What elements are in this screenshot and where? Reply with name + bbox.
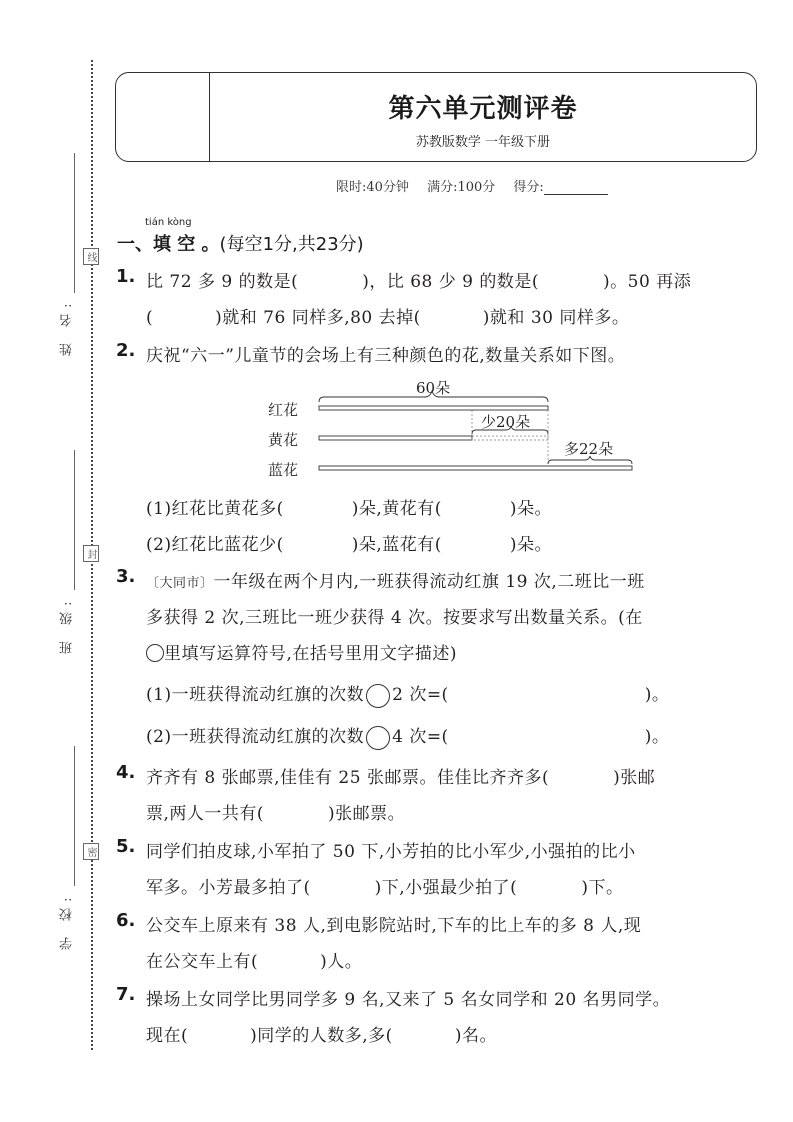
page-subtitle: 苏教版数学 一年级下册 (209, 131, 757, 150)
text: 票,两人一共有( (146, 804, 264, 824)
text: )。50 再添 (603, 272, 691, 292)
q4-line-2: 票,两人一共有()张邮票。 (146, 799, 405, 824)
text: ( (146, 308, 153, 328)
label-yellow-flower: 黄花 (268, 429, 298, 450)
q2-sub-2: (2)红花比蓝花少()朵,蓝花有()朵。 (146, 530, 552, 555)
q1-line-1: 比 72 多 9 的数是()，比 68 少 9 的数是()。50 再添 (146, 267, 691, 292)
text: )。 (645, 685, 670, 705)
text: )朵,蓝花有( (352, 535, 442, 555)
class-field-label: 班 级: (58, 594, 74, 654)
text: )张邮票。 (328, 804, 405, 824)
seal-char-xian: 线 (83, 248, 99, 265)
label-60: 60朵 (416, 377, 450, 398)
q7-line-1: 操场上女同学比男同学多 9 名,又来了 5 名女同学和 20 名男同学。 (146, 985, 670, 1010)
text: 比 72 多 9 的数是( (146, 272, 298, 292)
text: )朵。 (510, 499, 552, 519)
text: )就和 76 同样多,80 去掉( (215, 308, 421, 328)
q5-line-2: 军多。小芳最多拍了()下,小强最少拍了()下。 (146, 873, 623, 898)
score-field[interactable] (544, 183, 608, 195)
question-number-6: 6. (116, 910, 135, 931)
question-number-4: 4. (116, 762, 135, 783)
source-tag: 〔大同市〕 (146, 576, 214, 591)
q3-sub-1: (1)一班获得流动红旗的次数2 次=()。 (146, 680, 669, 708)
label-blue-flower: 蓝花 (268, 459, 298, 480)
score-label: 得分: (513, 180, 543, 195)
page-title: 第六单元测评卷 (209, 88, 757, 125)
text: )同学的人数多,多( (250, 1026, 393, 1046)
section-title-note: (每空1分,共23分) (220, 234, 364, 255)
operator-circle-input[interactable] (366, 726, 390, 750)
text: (2)一班获得流动红旗的次数 (146, 727, 364, 747)
text: )朵。 (510, 535, 552, 555)
text: )。 (645, 727, 670, 747)
q3-line-3: 里填写运算符号,在括号里用文字描述) (146, 639, 457, 664)
school-field-line[interactable] (74, 746, 75, 886)
q5-line-1: 同学们拍皮球,小军拍了 50 下,小芳拍的比小军少,小强拍的比小 (146, 837, 636, 862)
q2-sub-1: (1)红花比黄花多()朵,黄花有()朵。 (146, 494, 552, 519)
label-more-22: 多22朵 (564, 438, 613, 459)
flower-diagram (0, 0, 793, 1122)
text: (1)红花比黄花多( (146, 499, 284, 519)
operator-circle-input[interactable] (366, 684, 390, 708)
text: 2 次=( (392, 685, 449, 705)
q3-sub-2: (2)一班获得流动红旗的次数4 次=()。 (146, 722, 669, 750)
q1-line-2: ()就和 76 同样多,80 去掉()就和 30 同样多。 (146, 303, 629, 328)
text: 现在( (146, 1026, 188, 1046)
question-number-5: 5. (116, 836, 135, 857)
text: )张邮 (613, 768, 655, 788)
text: )就和 30 同样多。 (483, 308, 630, 328)
q4-line-1: 齐齐有 8 张邮票,佳佳有 25 张邮票。佳佳比齐齐多()张邮 (146, 763, 655, 788)
section-pinyin: tián kòng (145, 217, 192, 228)
text: )下,小强最少拍了( (375, 878, 518, 898)
time-limit: 限时:40分钟 (336, 180, 409, 195)
text: )下。 (581, 878, 623, 898)
q3-line-1: 〔大同市〕一年级在两个月内,一班获得流动红旗 19 次,二班比一班 (146, 567, 645, 592)
q6-line-2: 在公交车上有()人。 (146, 947, 362, 972)
text: )人。 (320, 952, 362, 972)
school-field-label: 学 校: (58, 890, 74, 950)
q3-line-2: 多获得 2 次,三班比一班少获得 4 次。按要求写出数量关系。(在 (146, 603, 643, 628)
name-field-line[interactable] (74, 153, 75, 293)
q6-line-1: 公交车上原来有 38 人,到电影院站时,下车的比上车的多 8 人,现 (146, 911, 641, 936)
exam-meta: 限时:40分钟 满分:100分 得分: (336, 176, 622, 195)
question-number-3: 3. (116, 566, 135, 587)
question-number-7: 7. (116, 984, 135, 1005)
text: 里填写运算符号,在括号里用文字描述) (164, 644, 457, 664)
section-title-main: 一、填 空 。 (117, 234, 220, 255)
seal-char-mi: 密 (83, 843, 99, 860)
text: (1)一班获得流动红旗的次数 (146, 685, 364, 705)
q7-line-2: 现在()同学的人数多,多()名。 (146, 1021, 497, 1046)
text: 4 次=( (392, 727, 449, 747)
text: 齐齐有 8 张邮票,佳佳有 25 张邮票。佳佳比齐齐多( (146, 768, 549, 788)
name-field-label: 姓 名: (58, 296, 74, 356)
question-number-2: 2. (116, 340, 135, 361)
text: 在公交车上有( (146, 952, 258, 972)
class-field-line[interactable] (74, 450, 75, 590)
circle-symbol-icon (146, 644, 164, 662)
label-less-20: 少20朵 (481, 411, 530, 432)
q2-text: 庆祝“六一”儿童节的会场上有三种颜色的花,数量关系如下图。 (146, 341, 625, 366)
text: )朵,黄花有( (352, 499, 442, 519)
text: 一年级在两个月内,一班获得流动红旗 19 次,二班比一班 (214, 572, 645, 592)
text: )名。 (455, 1026, 497, 1046)
text: )，比 68 少 9 的数是( (362, 272, 539, 292)
seal-char-feng: 封 (83, 545, 99, 562)
question-number-1: 1. (116, 266, 135, 287)
section-title: 一、填 空 。(每空1分,共23分) (117, 230, 364, 256)
text: 军多。小芳最多拍了( (146, 878, 311, 898)
text: (2)红花比蓝花少( (146, 535, 284, 555)
label-red-flower: 红花 (268, 399, 298, 420)
full-score: 满分:100分 (427, 180, 495, 195)
